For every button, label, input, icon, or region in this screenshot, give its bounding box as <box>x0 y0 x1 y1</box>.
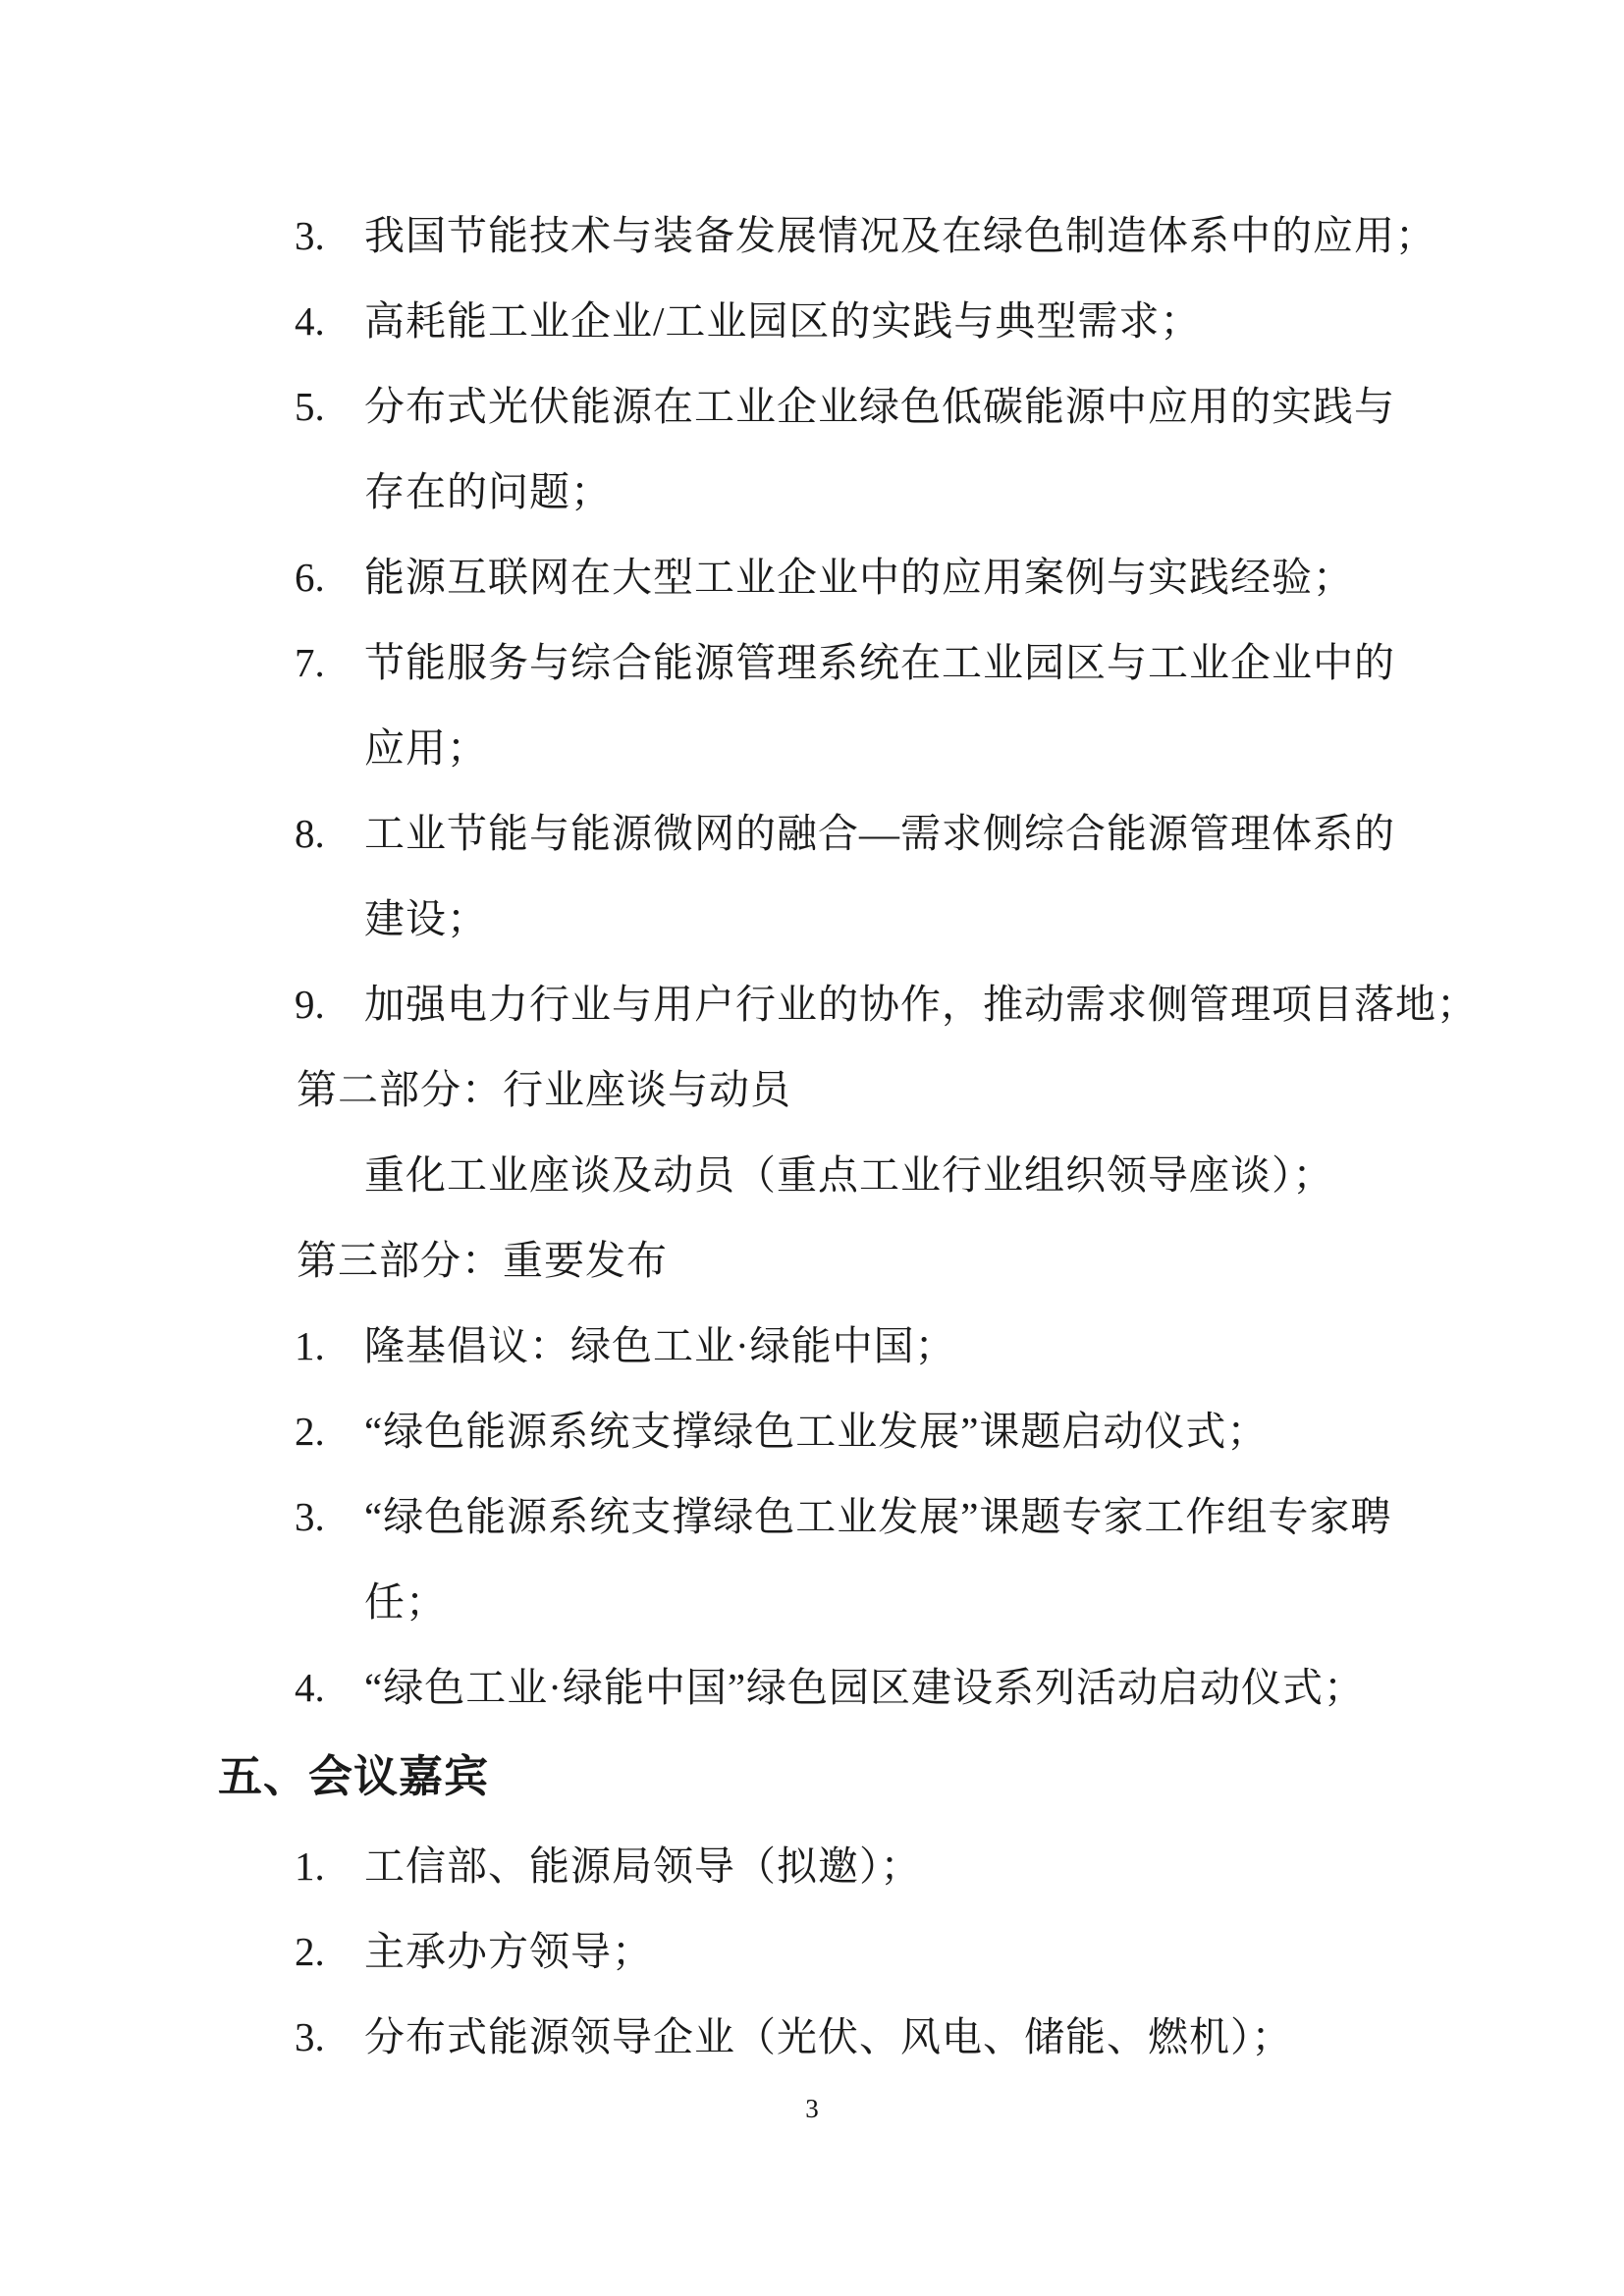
list-item: 9.加强电力行业与用户行业的协作，推动需求侧管理项目落地； <box>0 962 1624 1047</box>
document-page: 3.我国节能技术与装备发展情况及在绿色制造体系中的应用；4.高耗能工业企业/工业… <box>0 0 1624 2296</box>
list-item: 2.主承办方领导； <box>0 1909 1624 1995</box>
item-number: 3. <box>295 1474 364 1560</box>
line-text: “绿色能源系统支撑绿色工业发展”课题启动仪式； <box>364 1409 1268 1454</box>
line-text: 分布式光伏能源在工业企业绿色低碳能源中应用的实践与 <box>364 384 1395 429</box>
item-number: 4. <box>295 1645 364 1731</box>
line-text: 加强电力行业与用户行业的协作，推动需求侧管理项目落地； <box>364 982 1478 1027</box>
line-text: 应用； <box>364 725 488 771</box>
item-number: 8. <box>295 791 364 877</box>
line-text: “绿色能源系统支撑绿色工业发展”课题专家工作组专家聘 <box>364 1494 1391 1539</box>
item-number: 9. <box>295 962 364 1047</box>
line-text: 分布式能源领导企业（光伏、风电、储能、燃机）； <box>364 2014 1293 2059</box>
list-item: 2.“绿色能源系统支撑绿色工业发展”课题启动仪式； <box>0 1389 1624 1474</box>
heading-text: 五、会议嘉宾 <box>218 1752 489 1801</box>
line-text: “绿色工业·绿能中国”绿色园区建设系列活动启动仪式； <box>364 1665 1365 1710</box>
list-item-continuation: 存在的问题； <box>0 450 1624 535</box>
list-item: 1.工信部、能源局领导（拟邀）； <box>0 1824 1624 1909</box>
part-label: 第三部分：重要发布 <box>0 1218 1624 1304</box>
item-number: 2. <box>295 1909 364 1995</box>
line-text: 工业节能与能源微网的融合—需求侧综合能源管理体系的 <box>364 811 1395 856</box>
line-text: 主承办方领导； <box>364 1929 653 1974</box>
list-item: 3.我国节能技术与装备发展情况及在绿色制造体系中的应用； <box>0 193 1624 279</box>
line-text: 工信部、能源局领导（拟邀）； <box>364 1843 922 1889</box>
line-text: 能源互联网在大型工业企业中的应用案例与实践经验； <box>364 555 1354 600</box>
line-text: 节能服务与综合能源管理系统在工业园区与工业企业中的 <box>364 640 1395 685</box>
line-text: 高耗能工业企业/工业园区的实践与典型需求； <box>364 298 1201 344</box>
line-text: 重化工业座谈及动员（重点工业行业组织领导座谈）； <box>364 1152 1334 1198</box>
list-item-continuation: 重化工业座谈及动员（重点工业行业组织领导座谈）； <box>0 1133 1624 1218</box>
line-text: 建设； <box>364 896 488 941</box>
list-item: 3.分布式能源领导企业（光伏、风电、储能、燃机）； <box>0 1995 1624 2080</box>
part-label: 第二部分：行业座谈与动员 <box>0 1047 1624 1133</box>
item-number: 5. <box>295 364 364 450</box>
line-text: 存在的问题； <box>364 469 612 514</box>
item-number: 2. <box>295 1389 364 1474</box>
item-number: 3. <box>295 1995 364 2080</box>
item-number: 3. <box>295 193 364 279</box>
item-number: 1. <box>295 1824 364 1909</box>
item-number: 7. <box>295 620 364 706</box>
item-number: 4. <box>295 279 364 364</box>
list-item-continuation: 建设； <box>0 877 1624 962</box>
line-text: 第三部分：重要发布 <box>297 1238 668 1283</box>
item-number: 1. <box>295 1304 364 1389</box>
list-item: 6.能源互联网在大型工业企业中的应用案例与实践经验； <box>0 535 1624 620</box>
document-body: 3.我国节能技术与装备发展情况及在绿色制造体系中的应用；4.高耗能工业企业/工业… <box>0 193 1624 2080</box>
list-item: 4.高耗能工业企业/工业园区的实践与典型需求； <box>0 279 1624 364</box>
list-item: 5.分布式光伏能源在工业企业绿色低碳能源中应用的实践与 <box>0 364 1624 450</box>
section-heading: 五、会议嘉宾 <box>0 1731 1624 1824</box>
list-item: 7.节能服务与综合能源管理系统在工业园区与工业企业中的 <box>0 620 1624 706</box>
page-number: 3 <box>805 2094 819 2123</box>
list-item: 4.“绿色工业·绿能中国”绿色园区建设系列活动启动仪式； <box>0 1645 1624 1731</box>
line-text: 第二部分：行业座谈与动员 <box>297 1067 791 1112</box>
list-item-continuation: 任； <box>0 1560 1624 1645</box>
list-item: 1.隆基倡议：绿色工业·绿能中国； <box>0 1304 1624 1389</box>
line-text: 我国节能技术与装备发展情况及在绿色制造体系中的应用； <box>364 213 1436 258</box>
line-text: 任； <box>364 1579 447 1625</box>
line-text: 隆基倡议：绿色工业·绿能中国； <box>364 1323 956 1368</box>
list-item-continuation: 应用； <box>0 706 1624 791</box>
list-item: 8.工业节能与能源微网的融合—需求侧综合能源管理体系的 <box>0 791 1624 877</box>
item-number: 6. <box>295 535 364 620</box>
page-footer: 3 <box>0 2089 1624 2128</box>
list-item: 3.“绿色能源系统支撑绿色工业发展”课题专家工作组专家聘 <box>0 1474 1624 1560</box>
